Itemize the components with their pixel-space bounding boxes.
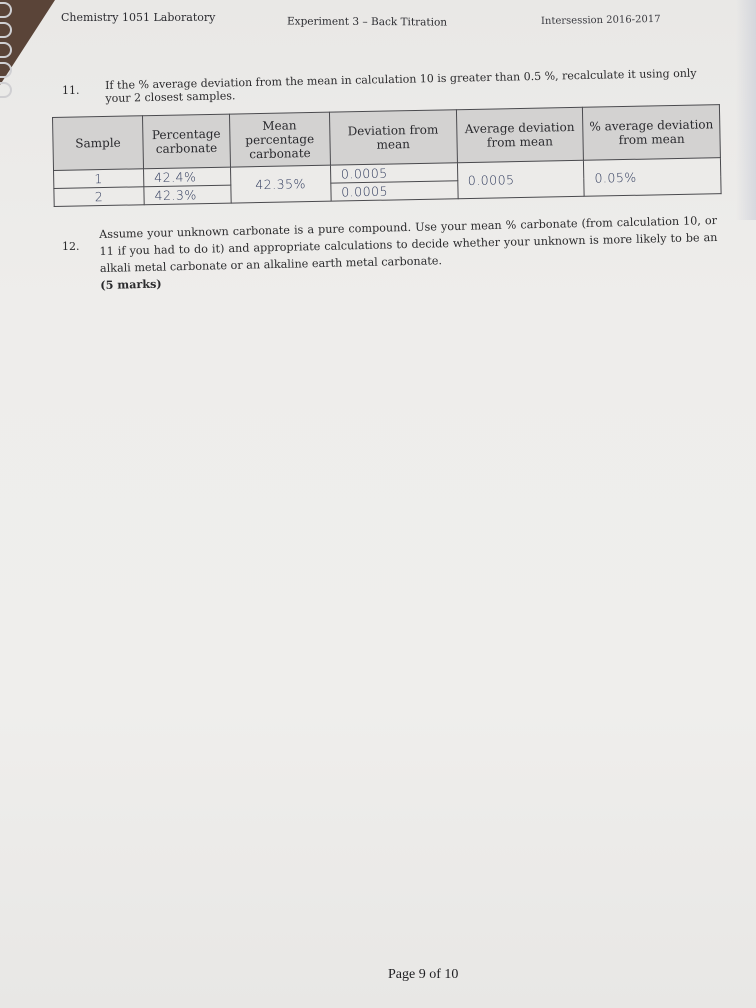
worksheet-page: Chemistry 1051 Laboratory Experiment 3 –… — [0, 0, 756, 1008]
average-deviation-cell: 0.0005 — [457, 160, 584, 198]
sample-cell: 2 — [54, 187, 144, 207]
header-average-deviation: Average deviation from mean — [456, 107, 584, 162]
percentage-cell: 42.3% — [144, 185, 231, 205]
course-title: Chemistry 1051 Laboratory — [61, 11, 215, 24]
header-percent-average-deviation: % average deviation from mean — [583, 105, 721, 161]
results-table: Sample Percentage carbonate Mean percent… — [52, 104, 722, 207]
percent-average-deviation-cell: 0.05% — [584, 158, 721, 197]
experiment-title: Experiment 3 – Back Titration — [287, 15, 447, 28]
spiral-binding — [0, 2, 16, 92]
question-11-number: 11. — [62, 84, 80, 97]
deviation-cell: 0.0005 — [331, 181, 458, 201]
question-12-number: 12. — [62, 240, 80, 253]
mean-percentage-cell: 42.35% — [230, 165, 331, 203]
term-label: Intersession 2016-2017 — [541, 14, 661, 27]
header-deviation: Deviation from mean — [329, 110, 457, 165]
percentage-cell: 42.4% — [144, 167, 231, 187]
question-11-text: If the % average deviation from the mean… — [105, 66, 715, 105]
header-percentage-carbonate: Percentage carbonate — [143, 114, 231, 169]
header-mean-percentage: Mean percentage carbonate — [229, 112, 330, 167]
page-number: Page 9 of 10 — [388, 967, 458, 983]
sample-cell: 1 — [54, 169, 144, 189]
header-sample: Sample — [53, 116, 144, 171]
question-12-block: Assume your unknown carbonate is a pure … — [99, 212, 718, 294]
page-shadow — [736, 0, 756, 220]
